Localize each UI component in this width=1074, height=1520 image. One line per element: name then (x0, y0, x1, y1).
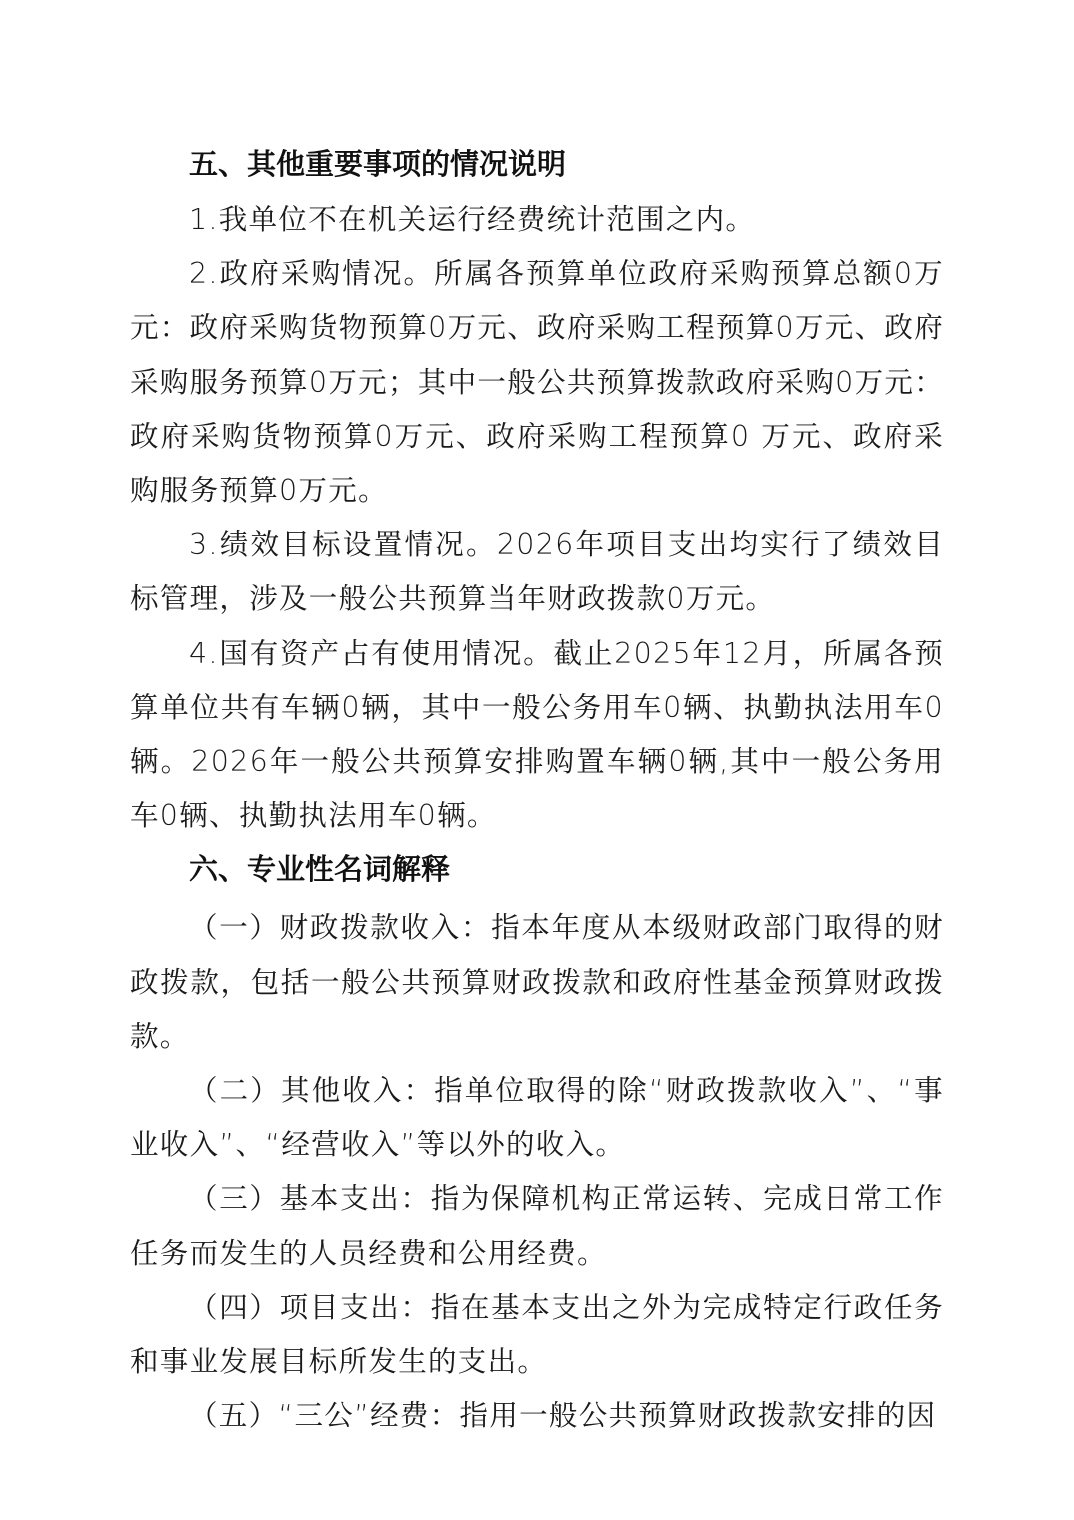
document-page: 五、其他重要事项的情况说明 1.我单位不在机关运行经费统计范围之内。 2.政府采… (130, 140, 944, 1443)
section-heading-other-matters: 五、其他重要事项的情况说明 (130, 140, 944, 188)
item-government-procurement: 2.政府采购情况。所属各预算单位政府采购预算总额0万元：政府采购货物预算0万元、… (130, 247, 944, 518)
definition-other-income: （二）其他收入：指单位取得的除“财政拨款收入”、“事业收入”、“经营收入”等以外… (130, 1064, 944, 1172)
item-state-assets: 4.国有资产占有使用情况。截止2025年12月，所属各预算单位共有车辆0辆，其中… (130, 627, 944, 844)
item-operating-expenses: 1.我单位不在机关运行经费统计范围之内。 (130, 193, 944, 247)
item-performance-targets: 3.绩效目标设置情况。2026年项目支出均实行了绩效目标管理，涉及一般公共预算当… (130, 518, 944, 626)
definition-basic-expenditure: （三）基本支出：指为保障机构正常运转、完成日常工作任务而发生的人员经费和公用经费… (130, 1172, 944, 1280)
definition-project-expenditure: （四）项目支出：指在基本支出之外为完成特定行政任务和事业发展目标所发生的支出。 (130, 1281, 944, 1389)
section-heading-terminology: 六、专业性名词解释 (130, 845, 944, 893)
definition-fiscal-appropriation-income: （一）财政拨款收入：指本年度从本级财政部门取得的财政拨款，包括一般公共预算财政拨… (130, 901, 944, 1064)
definition-three-public-expenses: （五）“三公”经费：指用一般公共预算财政拨款安排的因 (130, 1389, 944, 1443)
